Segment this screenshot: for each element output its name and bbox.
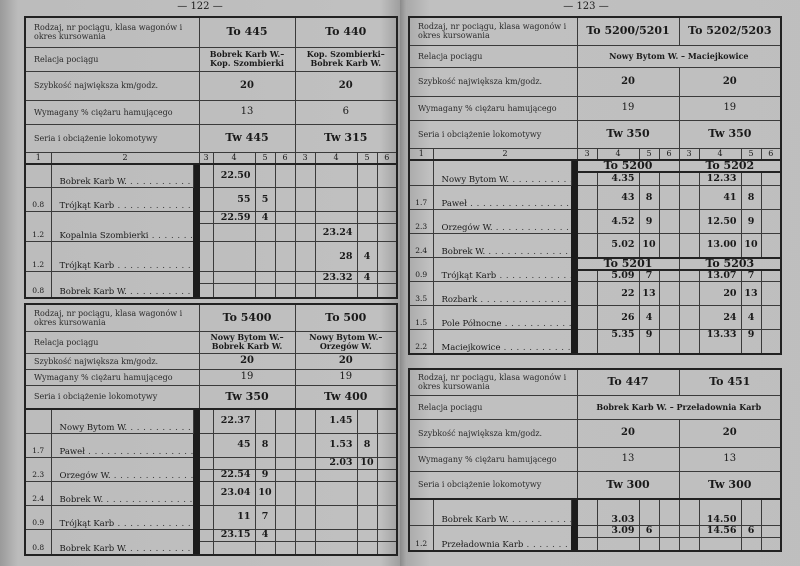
time: 55 (213, 188, 255, 212)
time: 5.09 (597, 270, 639, 282)
page-122: — 122 — Rodzaj, nr pociągu, klasa wagonó… (0, 0, 400, 566)
km: 0.8 (25, 529, 51, 555)
station-name: Bobrek Karb W. (51, 164, 193, 188)
stop-min: 9 (639, 210, 659, 234)
brake-pct: 13 (199, 100, 295, 124)
time: 45 (213, 433, 255, 457)
label-brake-pct: Wymagany % ciężaru hamującego (409, 96, 577, 120)
station-name: Trójkąt Karb (51, 242, 193, 272)
train-number: To 5202/5203 (679, 17, 781, 45)
time: 22.59 (213, 212, 255, 224)
table-row: 1.2 Kopalnia Szombierki 22.594 (25, 212, 397, 224)
stop-min: 4 (255, 529, 275, 541)
table-row: 2.4 Bobrek W. 5.0210 13.0010 (409, 234, 781, 258)
col-number: 4 (315, 152, 357, 164)
col-number: 4 (597, 148, 639, 160)
train-number: To 500 (295, 304, 397, 331)
table-row: 2.3 Orzegów W. 4.529 12.509 (409, 210, 781, 234)
label-max-speed: Szybkość największa km/godz. (409, 67, 577, 96)
time: 5.02 (597, 234, 639, 258)
station-name: Orzegów W. (433, 210, 571, 234)
label-train-type: Rodzaj, nr pociągu, klasa wagonów i okre… (409, 369, 577, 395)
time: 4.52 (597, 210, 639, 234)
stop-min: 8 (639, 186, 659, 210)
loco-series: Tw 300 (679, 471, 781, 499)
stop-min: 9 (741, 330, 761, 354)
time: 28 (315, 242, 357, 272)
station-name: Pole Północne (433, 306, 571, 330)
col-number: 5 (639, 148, 659, 160)
table-row: 1.5 Pole Północne 264 244 (409, 306, 781, 330)
station-name: Maciejkowice (433, 330, 571, 354)
stop-min (357, 505, 377, 529)
station-name: Nowy Bytom W. (51, 409, 193, 433)
loco-series: Tw 350 (199, 385, 295, 409)
time: 14.56 (699, 525, 741, 537)
table-row: 1.7 Paweł 458 1.538 (25, 433, 397, 457)
stop-min: 7 (639, 270, 659, 282)
label-loco-series: Seria i obciążenie lokomotywy (409, 120, 577, 148)
time: 3.09 (597, 525, 639, 537)
col-number: 3 (199, 152, 213, 164)
col-number: 1 (25, 152, 51, 164)
section-train-label: To 5200 (577, 160, 679, 172)
loco-series: Tw 300 (577, 471, 679, 499)
table-row: 1.2 Trójkąt Karb 284 (25, 242, 397, 272)
km: 2.3 (25, 457, 51, 481)
table-row: 2.2 Maciejkowice 5.359 13.339 (409, 330, 781, 354)
col-number: 6 (659, 148, 679, 160)
station-name: Orzegów W. (51, 457, 193, 481)
brake-pct: 19 (679, 96, 781, 120)
station-name: Kopalnia Szombierki (51, 212, 193, 242)
label-brake-pct: Wymagany % ciężaru hamującego (25, 100, 199, 124)
table-row: 0.8 Bobrek Karb W. 23.154 (25, 529, 397, 541)
km: 2.4 (25, 481, 51, 505)
time: 43 (597, 186, 639, 210)
station-name: Trójkąt Karb (51, 505, 193, 529)
station-name: Trójkąt Karb (433, 258, 571, 282)
max-speed: 20 (679, 67, 781, 96)
km: 0.9 (409, 258, 433, 282)
col-number: 6 (761, 148, 781, 160)
train-number: To 5200/5201 (577, 17, 679, 45)
km: 2.3 (409, 210, 433, 234)
col-number: 6 (377, 152, 397, 164)
stop-min: 4 (639, 306, 659, 330)
max-speed: 20 (577, 67, 679, 96)
stop-min (357, 212, 377, 224)
label-loco-series: Seria i obciążenie lokomotywy (409, 471, 577, 499)
station-name: Bobrek Karb W. (51, 272, 193, 298)
loco-series: Tw 315 (295, 124, 397, 152)
max-speed: 20 (679, 419, 781, 447)
label-train-type: Rodzaj, nr pociągu, klasa wagonów i okre… (25, 304, 199, 331)
time: 4.35 (597, 172, 639, 186)
label-loco-series: Seria i obciążenie lokomotywy (25, 385, 199, 409)
table-row: 2.3 Orzegów W. 2.0310 (25, 457, 397, 469)
page-123: — 123 — Rodzaj, nr pociągu, klasa wagonó… (400, 0, 800, 566)
train-number: To 5400 (199, 304, 295, 331)
time: 13.07 (699, 270, 741, 282)
stop-min (255, 242, 275, 272)
table-row: 0.9 Trójkąt Karb To 5201 To 5203 (409, 258, 781, 270)
loco-series: Tw 400 (295, 385, 397, 409)
time: 23.32 (315, 272, 357, 284)
time: 14.50 (699, 499, 741, 525)
label-train-type: Rodzaj, nr pociągu, klasa wagonów i okre… (409, 17, 577, 45)
stop-min: 10 (255, 481, 275, 505)
station-name: Przeładownia Karb (433, 525, 571, 551)
stop-min: 9 (639, 330, 659, 354)
stop-min: 8 (255, 433, 275, 457)
stop-min (639, 499, 659, 525)
col-number: 2 (51, 152, 199, 164)
table-row: 0.8 Bobrek Karb W. 23.324 (25, 272, 397, 284)
max-speed: 20 (295, 353, 397, 369)
train-number: To 451 (679, 369, 781, 395)
km (409, 160, 433, 186)
max-speed: 20 (295, 71, 397, 100)
time: 22.50 (213, 164, 255, 188)
time (213, 457, 255, 469)
col-number: 5 (255, 152, 275, 164)
stop-min: 13 (639, 282, 659, 306)
stop-min: 7 (255, 505, 275, 529)
time: 20 (699, 282, 741, 306)
col-number: 3 (295, 152, 315, 164)
km: 1.7 (25, 433, 51, 457)
time: 13.33 (699, 330, 741, 354)
label-max-speed: Szybkość największa km/godz. (25, 71, 199, 100)
book-spread: — 122 — Rodzaj, nr pociągu, klasa wagonó… (0, 0, 800, 566)
label-brake-pct: Wymagany % ciężaru hamującego (25, 369, 199, 385)
brake-pct: 19 (295, 369, 397, 385)
table-row: 1.2 Przeładownia Karb 3.096 14.566 (409, 525, 781, 537)
time: 11 (213, 505, 255, 529)
time: 23.15 (213, 529, 255, 541)
table-row: 0.9 Trójkąt Karb 117 (25, 505, 397, 529)
station-name: Rozbark (433, 282, 571, 306)
train-number: To 445 (199, 17, 295, 47)
train-number: To 440 (295, 17, 397, 47)
stop-min: 13 (741, 282, 761, 306)
loco-series: Tw 350 (577, 120, 679, 148)
stop-min (255, 224, 275, 242)
stop-min: 4 (255, 212, 275, 224)
col-number: 2 (433, 148, 577, 160)
timetable-to5400-to500: Rodzaj, nr pociągu, klasa wagonów i okre… (24, 303, 398, 556)
stop-min: 4 (357, 272, 377, 284)
stop-min (255, 272, 275, 284)
time (213, 224, 255, 242)
label-max-speed: Szybkość największa km/godz. (409, 419, 577, 447)
stop-min: 4 (741, 306, 761, 330)
train-relation: Kop. Szombierki– Bobrek Karb W. (295, 47, 397, 71)
km (409, 499, 433, 525)
table-row: 0.8 Trójkąt Karb 555 (25, 188, 397, 212)
time (315, 529, 357, 541)
stop-min (357, 224, 377, 242)
station-name: Paweł (51, 433, 193, 457)
time: 2.03 (315, 457, 357, 469)
station-name: Bobrek Karb W. (51, 529, 193, 555)
stop-min (357, 529, 377, 541)
time: 41 (699, 186, 741, 210)
section-train-label: To 5201 (577, 258, 679, 270)
stop-min: 4 (357, 242, 377, 272)
stop-min (255, 409, 275, 433)
km: 1.2 (25, 242, 51, 272)
stop-min: 9 (255, 469, 275, 481)
label-relation: Relacja pociągu (409, 395, 577, 419)
col-number: 3 (577, 148, 597, 160)
col-number: 4 (213, 152, 255, 164)
km: 1.7 (409, 186, 433, 210)
label-relation: Relacja pociągu (409, 45, 577, 67)
station-name: Bobrek W. (433, 234, 571, 258)
time: 1.45 (315, 409, 357, 433)
time: 23.04 (213, 481, 255, 505)
stop-min: 7 (741, 270, 761, 282)
table-row: Nowy Bytom W. To 5200 To 5202 (409, 160, 781, 172)
stop-min: 9 (741, 210, 761, 234)
table-row: 2.4 Bobrek W. 23.0410 (25, 481, 397, 505)
time (315, 469, 357, 481)
time (315, 188, 357, 212)
page-number: — 123 — (386, 0, 786, 14)
train-relation: Nowy Bytom W.– Orzegów W. (295, 331, 397, 353)
col-number: 1 (409, 148, 433, 160)
time (315, 164, 357, 188)
station-name: Bobrek W. (51, 481, 193, 505)
stop-min (255, 457, 275, 469)
km: 1.2 (409, 525, 433, 551)
km: 2.4 (409, 234, 433, 258)
section-train-label: To 5203 (679, 258, 781, 270)
col-number: 4 (699, 148, 741, 160)
stop-min (357, 409, 377, 433)
table-row: 3.5 Rozbark 2213 2013 (409, 282, 781, 306)
km (25, 409, 51, 433)
time: 24 (699, 306, 741, 330)
time (315, 212, 357, 224)
stop-min: 5 (255, 188, 275, 212)
train-relation: Bobrek Karb W.– Kop. Szombierki (199, 47, 295, 71)
stop-min (255, 164, 275, 188)
col-number: 3 (679, 148, 699, 160)
page-number: — 122 — (0, 0, 400, 14)
station-name: Nowy Bytom W. (433, 160, 571, 186)
km: 0.8 (25, 188, 51, 212)
stop-min (741, 172, 761, 186)
time (315, 505, 357, 529)
km: 3.5 (409, 282, 433, 306)
label-brake-pct: Wymagany % ciężaru hamującego (409, 447, 577, 471)
km: 1.5 (409, 306, 433, 330)
brake-pct: 19 (199, 369, 295, 385)
time: 26 (597, 306, 639, 330)
stop-min (357, 164, 377, 188)
label-loco-series: Seria i obciążenie lokomotywy (25, 124, 199, 152)
col-number: 5 (357, 152, 377, 164)
stop-min: 10 (357, 457, 377, 469)
table-row: Bobrek Karb W. 3.03 14.50 (409, 499, 781, 525)
time: 22.54 (213, 469, 255, 481)
table-row: Nowy Bytom W. 22.37 1.45 (25, 409, 397, 433)
stop-min: 8 (357, 433, 377, 457)
brake-pct: 13 (577, 447, 679, 471)
time: 23.24 (315, 224, 357, 242)
max-speed: 20 (199, 353, 295, 369)
col-number: 6 (275, 152, 295, 164)
max-speed: 20 (577, 419, 679, 447)
stop-min: 10 (639, 234, 659, 258)
station-name: Paweł (433, 186, 571, 210)
max-speed: 20 (199, 71, 295, 100)
train-number: To 447 (577, 369, 679, 395)
stop-min (741, 499, 761, 525)
time: 1.53 (315, 433, 357, 457)
km: 0.8 (25, 272, 51, 298)
label-max-speed: Szybkość największa km/godz. (25, 353, 199, 369)
col-number: 5 (741, 148, 761, 160)
label-relation: Relacja pociągu (25, 47, 199, 71)
time: 5.35 (597, 330, 639, 354)
brake-pct: 19 (577, 96, 679, 120)
station-name: Trójkąt Karb (51, 188, 193, 212)
km (25, 164, 51, 188)
label-train-type: Rodzaj, nr pociągu, klasa wagonów i okre… (25, 17, 199, 47)
timetable-to5200-to5202: Rodzaj, nr pociągu, klasa wagonów i okre… (408, 16, 782, 355)
stop-min (357, 469, 377, 481)
stop-min: 10 (741, 234, 761, 258)
table-row: 1.7 Paweł 438 418 (409, 186, 781, 210)
time (315, 481, 357, 505)
station-name: Bobrek Karb W. (433, 499, 571, 525)
label-relation: Relacja pociągu (25, 331, 199, 353)
stop-min: 8 (741, 186, 761, 210)
time: 22.37 (213, 409, 255, 433)
stop-min (357, 188, 377, 212)
brake-pct: 13 (679, 447, 781, 471)
km: 1.2 (25, 212, 51, 242)
time (213, 272, 255, 284)
time: 22 (597, 282, 639, 306)
loco-series: Tw 445 (199, 124, 295, 152)
time: 3.03 (597, 499, 639, 525)
train-relation: Nowy Bytom W.– Bobrek Karb W. (199, 331, 295, 353)
km: 2.2 (409, 330, 433, 354)
timetable-to445-to440: Rodzaj, nr pociągu, klasa wagonów i okre… (24, 16, 398, 299)
brake-pct: 6 (295, 100, 397, 124)
stop-min: 6 (639, 525, 659, 537)
table-row: Bobrek Karb W. 22.50 (25, 164, 397, 188)
time: 13.00 (699, 234, 741, 258)
time (213, 242, 255, 272)
stop-min: 6 (741, 525, 761, 537)
stop-min (357, 481, 377, 505)
time: 12.50 (699, 210, 741, 234)
time: 12.33 (699, 172, 741, 186)
timetable-to447-to451: Rodzaj, nr pociągu, klasa wagonów i okre… (408, 368, 782, 552)
shared-relation: Bobrek Karb W. – Przeładownia Karb (577, 395, 781, 419)
km: 0.9 (25, 505, 51, 529)
shared-relation: Nowy Bytom W. – Maciejkowice (577, 45, 781, 67)
section-train-label: To 5202 (679, 160, 781, 172)
stop-min (639, 172, 659, 186)
loco-series: Tw 350 (679, 120, 781, 148)
